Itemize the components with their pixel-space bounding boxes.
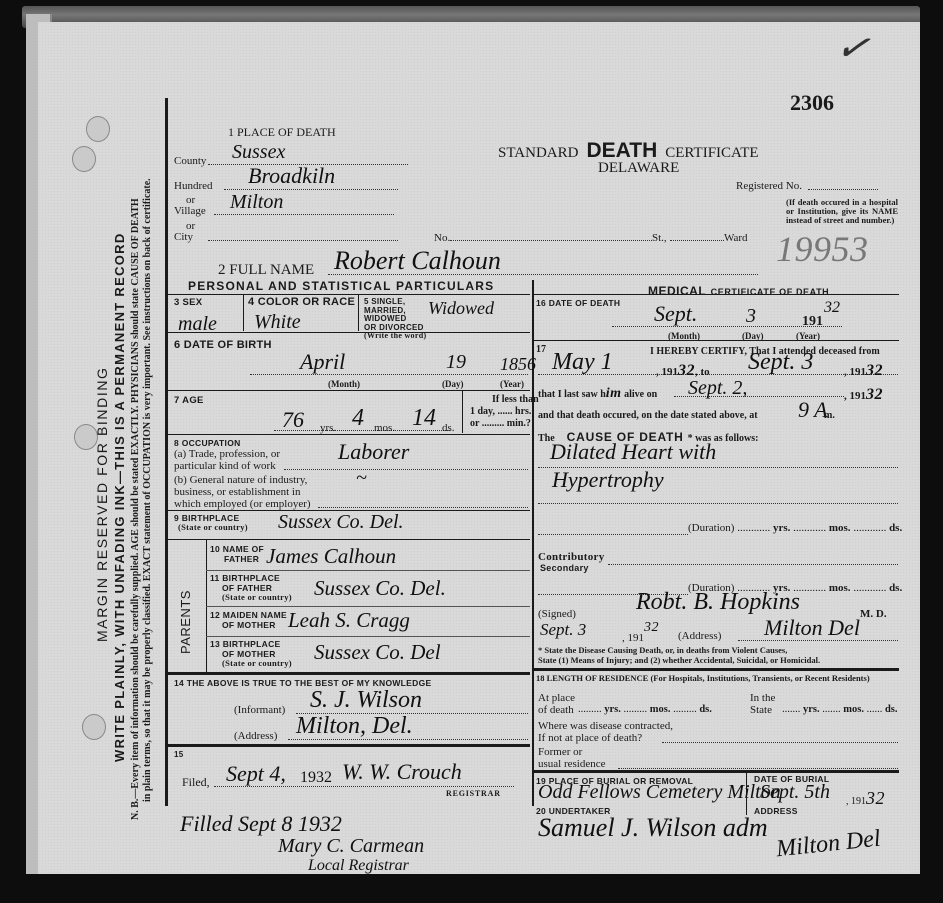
mos-label: mos. (374, 422, 395, 434)
hundred-label: Hundred (174, 180, 213, 192)
filing-number: 15 (174, 750, 184, 760)
filed-date: Sept 4, (226, 764, 286, 784)
occupation-b-label-2: business, or establishment in (174, 486, 301, 498)
occupation-b-label: (b) General nature of industry, (174, 474, 307, 486)
state-name: DELAWARE (598, 160, 679, 177)
age-months: 4 (352, 408, 364, 428)
contracted-label: Where was disease contracted,If not at p… (538, 720, 673, 744)
full-name-value: Robert Calhoun (334, 248, 501, 274)
county-value: Sussex (232, 142, 285, 162)
last-saw-label: that I last saw him alive on (538, 386, 657, 402)
filed-note: Filled Sept 8 1932 (180, 814, 342, 834)
cause-footnote: * State the Disease Causing Death, or, i… (538, 646, 820, 665)
occupation-a-label: (a) Trade, profession, or (174, 448, 280, 460)
death-certificate-page: ✓ MARGIN RESERVED FOR BINDING WRITE PLAI… (38, 22, 920, 874)
less-than-day: If less than 1 day, ...... hrs. or .....… (470, 394, 539, 430)
yrs-label: yrs. (320, 422, 336, 434)
filed-label: Filed, (182, 776, 210, 788)
age-years: 76 (282, 410, 304, 430)
month-caption: (Month) (328, 378, 360, 390)
duration-row-1: (Duration) ............ yrs. ...........… (688, 522, 902, 534)
dob-label: 6 DATE OF BIRTH (174, 340, 272, 350)
hundred-value: Broadkiln (248, 166, 335, 186)
sex-value: male (178, 314, 217, 334)
attended-from: May 1 (552, 352, 613, 372)
father-name-label: 10 NAME OF FATHER (210, 544, 264, 564)
day-caption: (Day) (442, 378, 464, 390)
village-value: Milton (230, 192, 283, 212)
certify-number: 17 (536, 344, 546, 356)
medical-heading-rest: CERTIFICATE OF DEATH (711, 287, 830, 297)
at-place-label: At placeof death (538, 692, 575, 716)
father-name-value: James Calhoun (266, 546, 396, 566)
undertaker-address-value: Milton Del (775, 829, 881, 860)
death-time-suffix: m. (824, 410, 835, 422)
local-registrar-title: Local Registrar (308, 856, 409, 876)
informant-address-label: (Address) (234, 730, 277, 742)
attended-to: Sept. 3 (748, 352, 813, 372)
mother-birthplace-value: Sussex Co. Del (314, 642, 441, 662)
check-mark: ✓ (832, 21, 874, 73)
village-label: Village (174, 205, 206, 217)
burial-place-value: Odd Fellows Cemetery Milton (538, 782, 781, 802)
age-label: 7 AGE (174, 396, 204, 406)
binding-hole (82, 714, 106, 740)
occupation-a-label-2: particular kind of work (174, 460, 276, 472)
filed-year: 1932 (300, 768, 332, 788)
margin-nb-line2: in plain terms, so that it may be proper… (142, 178, 153, 802)
form-left-border (165, 98, 168, 806)
marital-value: Widowed (428, 298, 494, 318)
street-number-label: No. (434, 232, 450, 244)
undertaker-value: Samuel J. Wilson adm (538, 818, 768, 838)
informant-label: (Informant) (234, 704, 285, 716)
death-occured-text: and that death occured, on the date stat… (538, 410, 758, 422)
occupation-b-label-3: which employed (or employer) (174, 498, 311, 510)
margin-nb-line1: N. B.—Every item of information should b… (130, 198, 141, 820)
color-race-value: White (254, 312, 301, 332)
signed-date: Sept. 3 (540, 620, 586, 640)
place-of-death-heading: 1 PLACE OF DEATH (228, 126, 336, 138)
local-registrar-name: Mary C. Carmean (278, 836, 424, 856)
occupation-a-value: Laborer (338, 442, 409, 462)
contributory-label: Contributory Secondary (538, 552, 605, 574)
date-of-death-month: Sept. (654, 304, 697, 324)
title-suffix: CERTIFICATE (665, 145, 758, 161)
occupation-b-value: ~ (356, 468, 367, 488)
last-saw-year: , 19132 (844, 386, 883, 404)
registered-no-label: Registered No. (736, 180, 802, 192)
full-name-label: 2 FULL NAME (218, 262, 314, 278)
medical-heading: MEDICAL CERTIFICATE OF DEATH (648, 282, 829, 300)
last-saw-date: Sept. 2, (688, 378, 747, 398)
residence-at-place-row: ......... yrs. ......... mos. ......... … (578, 704, 712, 715)
former-residence-label: Former orusual residence (538, 746, 606, 770)
title-prefix: STANDARD (498, 145, 578, 161)
margin-ink-text: WRITE PLAINLY, WITH UNFADING INK—THIS IS… (112, 232, 127, 762)
hospital-note: (If death occured in a hospital or Insti… (786, 198, 898, 225)
sex-label: 3 SEX (174, 298, 202, 308)
signed-label: (Signed) (538, 608, 576, 620)
margin-binding-text: MARGIN RESERVED FOR BINDING (94, 366, 110, 642)
burial-year: , 19132 (846, 788, 885, 809)
attended-to-year: , 19132 (844, 362, 883, 380)
mother-name-value: Leah S. Cragg (288, 610, 410, 630)
burial-date-value: Sept. 5th (760, 782, 830, 802)
parents-label: PARENTS (178, 590, 193, 654)
age-days: 14 (412, 408, 436, 428)
birthplace-value: Sussex Co. Del. (278, 512, 404, 532)
dob-year: 1856 (500, 354, 536, 374)
mother-birthplace-label: 13 BIRTHPLACE OF MOTHER (State or countr… (210, 640, 292, 669)
date-of-death-year-printed: 191 (802, 314, 823, 330)
residence-heading: 18 LENGTH OF RESIDENCE (For Hospitals, I… (536, 674, 896, 683)
dob-day: 19 (446, 352, 466, 372)
physician-address-label: (Address) (678, 630, 721, 642)
marital-label: 5 SINGLE, MARRIED, WIDOWED OR DIVORCED (… (364, 298, 426, 341)
occupation-label: 8 OCCUPATION (174, 438, 241, 448)
residence-in-state-row: ....... yrs. ....... mos. ...... ds. (782, 704, 898, 715)
street-label: St., (652, 232, 667, 244)
signed-year: , 19132 (622, 630, 659, 646)
dob-month: April (300, 352, 345, 372)
cause-line-2: Hypertrophy (552, 470, 664, 490)
certificate-number: 2306 (790, 90, 834, 116)
registrar-label: REGISTRAR (446, 788, 501, 800)
year-caption: (Year) (500, 378, 524, 390)
registrar-signature: W. W. Crouch (342, 762, 462, 782)
physician-address-value: Milton Del (764, 618, 860, 638)
informant-value: S. J. Wilson (310, 690, 422, 710)
date-of-death-label: 16 DATE OF DEATH (536, 298, 620, 308)
binding-hole (72, 146, 96, 172)
color-race-label: 4 COLOR OR RACE (248, 297, 355, 307)
medical-heading-bold: MEDICAL (648, 284, 706, 298)
father-birthplace-label: 11 BIRTHPLACE OF FATHER (State or countr… (210, 574, 292, 603)
father-birthplace-value: Sussex Co. Del. (314, 578, 446, 598)
stamp-number: 19953 (776, 228, 869, 270)
binding-hole (86, 116, 110, 142)
physician-signature: Robt. B. Hopkins (636, 592, 800, 612)
city-label: City (174, 231, 193, 243)
ds-label: ds. (442, 422, 455, 434)
date-of-death-year-hand: 32 (824, 298, 840, 318)
date-of-death-day: 3 (746, 306, 756, 326)
mother-name-label: 12 MAIDEN NAME OF MOTHER (210, 610, 287, 630)
county-label: County (174, 155, 206, 167)
title-main: DEATH (586, 139, 657, 162)
personal-heading: PERSONAL AND STATISTICAL PARTICULARS (188, 279, 494, 293)
birthplace-label: 9 BIRTHPLACE (State or country) (174, 514, 248, 532)
md-label: M. D. (860, 608, 887, 620)
cause-line-1: Dilated Heart with (550, 442, 716, 462)
informant-address-value: Milton, Del. (296, 716, 413, 736)
ward-label: Ward (724, 232, 748, 244)
in-state-label: In theState (750, 692, 775, 716)
